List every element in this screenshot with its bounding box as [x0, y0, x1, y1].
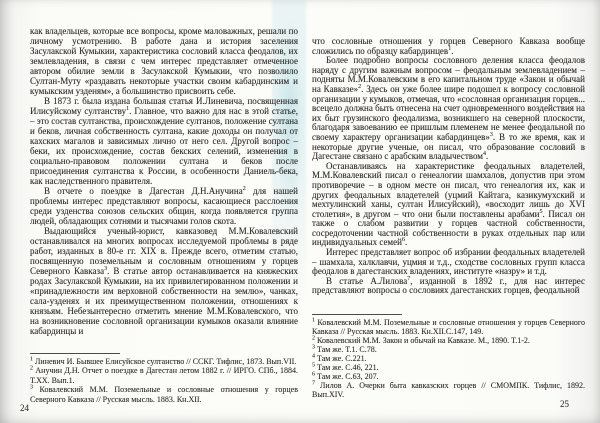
- footnote-separator: [312, 314, 402, 315]
- footnote-marker: 3: [312, 344, 315, 350]
- footnote: 3 Ковалевский М.М. Поземельные и сословн…: [30, 385, 298, 404]
- page-number-left: 24: [20, 403, 29, 413]
- footnote-ref: 1: [126, 106, 129, 112]
- footnote: 6 Там же. С.63, 207.: [312, 372, 585, 381]
- footnote-separator: [30, 353, 120, 354]
- page-right: что сословные отношения у горцев Северно…: [312, 37, 585, 399]
- footnote-marker: 7: [312, 380, 315, 386]
- footnote-ref: 2: [243, 186, 246, 192]
- footnote-marker: 2: [312, 335, 315, 341]
- footnotes: 1 Линевич И. Бывшее Елисуйское султанств…: [30, 353, 298, 404]
- footnote: 2 Ковалевский М.М. Закон и обычай на Кав…: [312, 336, 585, 345]
- page-number-right: 25: [560, 399, 569, 409]
- paragraph: В отчете о поездке в Дагестан Д.Н.Анучин…: [30, 186, 298, 226]
- footnote-marker: 1: [312, 317, 315, 323]
- page-body: что сословные отношения у горцев Северно…: [312, 37, 585, 296]
- footnote-marker: 1: [30, 356, 33, 362]
- page-spacer: [30, 336, 298, 353]
- footnote: 4 Там же. С.221.: [312, 354, 585, 363]
- footnote-marker: 4: [312, 353, 315, 359]
- footnote-marker: 5: [312, 362, 315, 368]
- paragraph: В статье А.Лилова7, изданной в 1892 г., …: [312, 277, 585, 296]
- footnote-ref: 1: [448, 46, 451, 52]
- paragraph: что сословные отношения у горцев Северно…: [312, 37, 585, 56]
- paragraph: В 1873 г. была издана большая статья И.Л…: [30, 96, 298, 186]
- footnote: 7 Лилов А. Очерки быта кавказских горцев…: [312, 381, 585, 399]
- paragraph: Более подробно вопросы сословного делени…: [312, 56, 585, 162]
- footnote-ref: 2: [358, 84, 361, 90]
- paragraph: Интерес представляет вопрос об избрании …: [312, 248, 585, 277]
- footnote-ref: 4: [483, 151, 486, 157]
- footnote-ref: 3: [104, 266, 107, 272]
- paragraph: как владельцев, которые все вопросы, кро…: [30, 26, 298, 96]
- footnote: 2 Анучин Д.Н. Отчет о поездке в Дагестан…: [30, 366, 298, 385]
- footnote: 5 Там же. С.46, 221.: [312, 363, 585, 372]
- footnote-ref: 3: [490, 132, 493, 138]
- footnote-ref: 6: [402, 237, 405, 243]
- page-spacer: [312, 296, 585, 314]
- page-left: как владельцев, которые все вопросы, кро…: [30, 26, 298, 404]
- paragraph: Останавливаясь на характеристике феодаль…: [312, 162, 585, 248]
- footnote-marker: 2: [30, 366, 33, 372]
- page-body: как владельцев, которые все вопросы, кро…: [30, 26, 298, 336]
- book-scan: как владельцев, которые все вопросы, кро…: [0, 0, 600, 423]
- footnote-ref: 7: [407, 276, 410, 282]
- footnote-ref: 5: [539, 209, 542, 215]
- footnotes: 1 Ковалевский М.М. Поземельные и сословн…: [312, 314, 585, 399]
- footnote: 1 Ковалевский М.М. Поземельные и сословн…: [312, 318, 585, 336]
- footnote-marker: 3: [30, 385, 33, 391]
- paragraph: Выдающийся ученый-юрист, кавказовед М.М.…: [30, 226, 298, 336]
- footnote: 1 Линевич И. Бывшее Елисуйское султанств…: [30, 357, 298, 366]
- footnote-marker: 6: [312, 371, 315, 377]
- footnote: 3 Там же. Т.1. С.78.: [312, 345, 585, 354]
